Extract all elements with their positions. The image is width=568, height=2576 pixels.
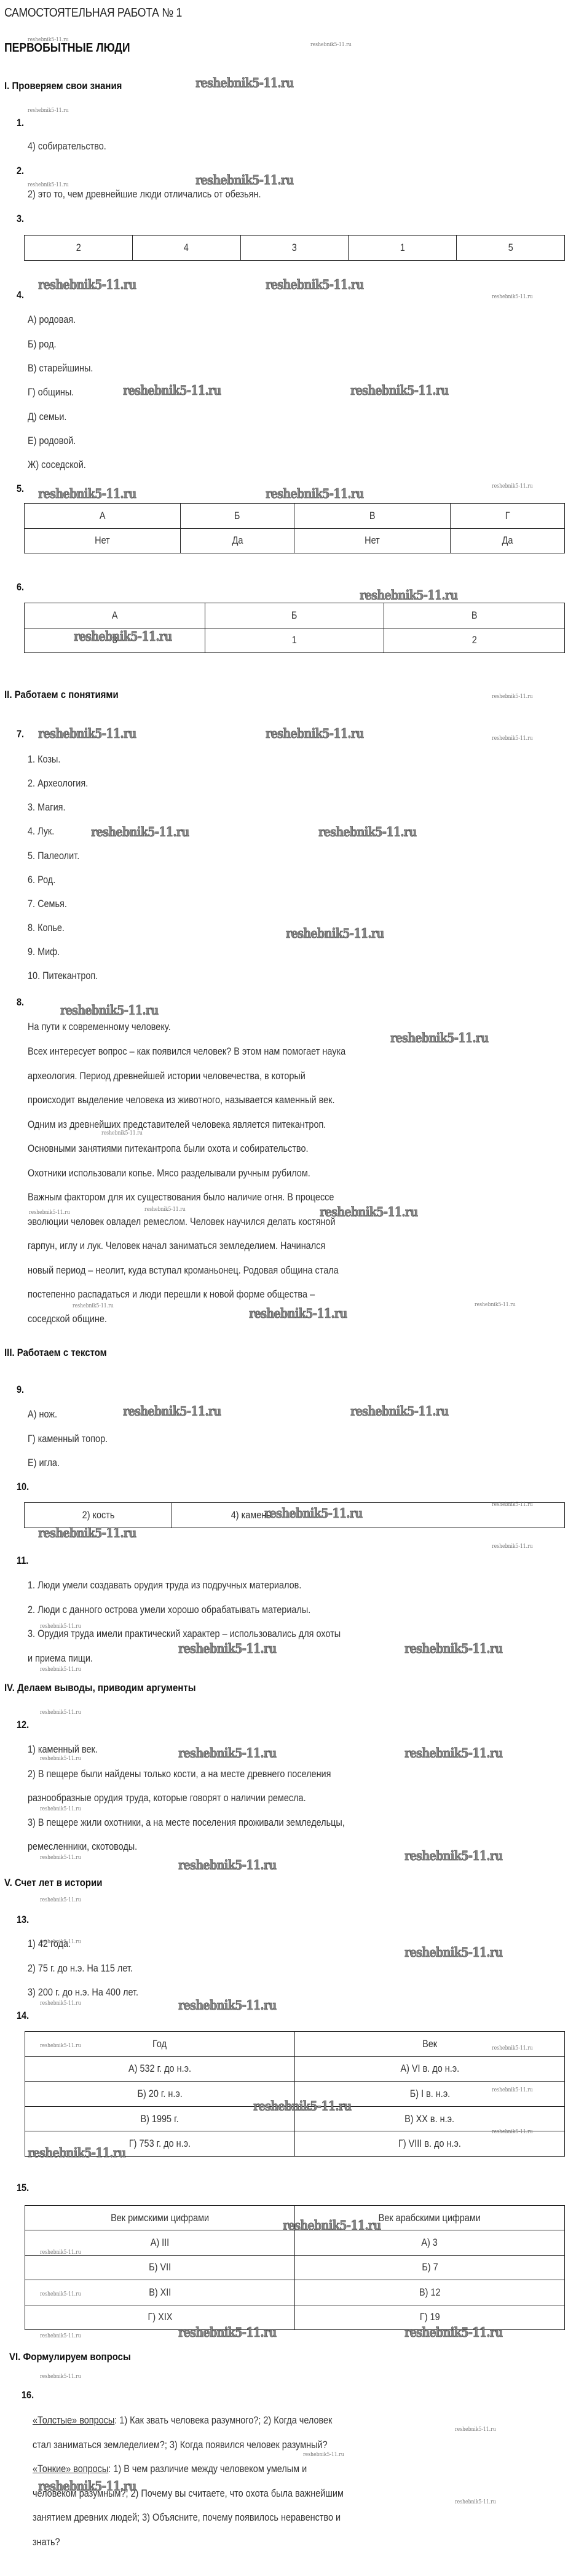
- watermark: reshebnik5-11.ru: [350, 1403, 448, 1419]
- watermark: reshebnik5-11.ru: [249, 1306, 347, 1321]
- watermark: reshebnik5-11.ru: [195, 75, 293, 90]
- q14-cell: А) 532 г. до н.э.: [25, 2056, 295, 2082]
- watermark: reshebnik5-11.ru: [350, 382, 448, 398]
- q7-item: 5. Палеолит.: [28, 850, 79, 862]
- q8-line: эволюции человек овладел ремеслом. Челов…: [28, 1216, 336, 1228]
- q3-cell: 2: [25, 236, 133, 261]
- thick-questions-label: «Толстые» вопросы: [33, 2414, 114, 2426]
- q15-cell: В) 12: [295, 2280, 565, 2305]
- q11-line: 1. Люди умели создавать орудия труда из …: [28, 1579, 301, 1591]
- q2-number: 2.: [17, 165, 24, 177]
- q3-table: 2 4 3 1 5: [24, 235, 565, 261]
- watermark: reshebnik5-11.ru: [492, 483, 533, 489]
- q5-header: А: [25, 504, 181, 529]
- watermark: reshebnik5-11.ru: [390, 1030, 488, 1045]
- watermark: reshebnik5-11.ru: [40, 1897, 81, 1903]
- q4-item: Ж) соседской.: [28, 459, 86, 471]
- q15-header: Век римскими цифрами: [25, 2206, 295, 2230]
- q8-line: Одним из древнейших представителей челов…: [28, 1119, 326, 1131]
- q11-number: 11.: [17, 1555, 28, 1567]
- q6-value: 2: [384, 628, 565, 653]
- q5-header: В: [294, 504, 451, 529]
- q7-item: 6. Род.: [28, 874, 55, 886]
- q4-item: Г) общины.: [28, 386, 74, 398]
- watermark: reshebnik5-11.ru: [74, 628, 172, 644]
- watermark: reshebnik5-11.ru: [404, 2324, 502, 2340]
- watermark: reshebnik5-11.ru: [40, 2043, 81, 2049]
- q3-cell: 5: [457, 236, 565, 261]
- q3-number: 3.: [17, 213, 24, 225]
- section-6-heading: VI. Формулируем вопросы: [9, 2351, 131, 2363]
- watermark: reshebnik5-11.ru: [404, 1641, 502, 1656]
- q5-value: Да: [451, 528, 565, 553]
- q4-item: А) родовая.: [28, 314, 76, 326]
- q9-number: 9.: [17, 1384, 24, 1396]
- watermark: reshebnik5-11.ru: [266, 486, 363, 501]
- q8-line: происходит выделение человека из животно…: [28, 1094, 334, 1106]
- watermark: reshebnik5-11.ru: [492, 2087, 533, 2093]
- watermark: reshebnik5-11.ru: [492, 1502, 533, 1508]
- watermark: reshebnik5-11.ru: [123, 382, 221, 398]
- watermark: reshebnik5-11.ru: [360, 587, 457, 603]
- q5-value: Нет: [25, 528, 181, 553]
- watermark: reshebnik5-11.ru: [404, 1848, 502, 1863]
- q16-thin-line: знать?: [33, 2536, 60, 2548]
- q12-number: 12.: [17, 1719, 29, 1731]
- q15-cell: А) 3: [295, 2230, 565, 2255]
- q7-item: 8. Копье.: [28, 922, 65, 934]
- section-1-heading: I. Проверяем свои знания: [4, 80, 122, 92]
- watermark: reshebnik5-11.ru: [38, 726, 136, 741]
- watermark: reshebnik5-11.ru: [28, 37, 69, 43]
- q14-header: Век: [295, 2032, 565, 2057]
- q6-table: А Б В 3 1 2: [24, 603, 565, 653]
- watermark: reshebnik5-11.ru: [38, 2478, 136, 2494]
- q12-line: 3) В пещере жили охотники, а на месте по…: [28, 1817, 345, 1829]
- q12-line: ремесленники, скотоводы.: [28, 1841, 137, 1853]
- watermark: reshebnik5-11.ru: [475, 1302, 516, 1308]
- watermark: reshebnik5-11.ru: [492, 1544, 533, 1550]
- watermark: reshebnik5-11.ru: [123, 1403, 221, 1419]
- watermark: reshebnik5-11.ru: [101, 1130, 143, 1136]
- q8-number: 8.: [17, 996, 24, 1009]
- q7-item: 9. Миф.: [28, 946, 60, 958]
- watermark: reshebnik5-11.ru: [266, 277, 363, 292]
- watermark: reshebnik5-11.ru: [178, 1857, 276, 1873]
- q8-line: археология. Период древнейшей истории че…: [28, 1070, 306, 1082]
- watermark: reshebnik5-11.ru: [40, 1806, 81, 1812]
- q4-item: В) старейшины.: [28, 362, 93, 375]
- q5-table: А Б В Г Нет Да Нет Да: [24, 503, 565, 553]
- q2-answer: 2) это то, чем древнейшие люди отличалис…: [28, 188, 261, 200]
- q13-line: 2) 75 г. до н.э. На 115 лет.: [28, 1962, 133, 1975]
- watermark: reshebnik5-11.ru: [60, 1002, 158, 1018]
- watermark: reshebnik5-11.ru: [492, 694, 533, 700]
- q7-item: 1. Козы.: [28, 753, 60, 766]
- q4-item: Б) род.: [28, 338, 57, 351]
- q8-line: новый период – неолит, куда вступал кром…: [28, 1264, 339, 1277]
- watermark: reshebnik5-11.ru: [320, 1204, 417, 1219]
- watermark: reshebnik5-11.ru: [38, 486, 136, 501]
- watermark: reshebnik5-11.ru: [40, 1666, 81, 1673]
- watermark: reshebnik5-11.ru: [178, 2324, 276, 2340]
- watermark: reshebnik5-11.ru: [40, 2000, 81, 2007]
- watermark: reshebnik5-11.ru: [492, 2129, 533, 2135]
- q8-line: гарпун, иглу и лук. Человек начал занима…: [28, 1240, 325, 1252]
- q14-table: Год Век А) 532 г. до н.э. А) VI в. до н.…: [25, 2031, 565, 2157]
- q10-number: 10.: [17, 1481, 29, 1493]
- q10-cell: 2) кость: [25, 1503, 172, 1528]
- q5-number: 5.: [17, 483, 24, 495]
- q8-line: На пути к современному человеку.: [28, 1021, 171, 1033]
- q8-line: постепенно распадаться и люди перешли к …: [28, 1288, 315, 1301]
- q3-cell: 3: [240, 236, 349, 261]
- watermark: reshebnik5-11.ru: [40, 1756, 81, 1762]
- watermark: reshebnik5-11.ru: [286, 925, 384, 941]
- section-5-heading: V. Счет лет в истории: [4, 1877, 102, 1889]
- q9-item: Е) игла.: [28, 1457, 60, 1469]
- q7-number: 7.: [17, 728, 24, 740]
- q13-line: 3) 200 г. до н.э. На 400 лет.: [28, 1986, 138, 1999]
- watermark: reshebnik5-11.ru: [40, 1710, 81, 1716]
- page-heading: ПЕРВОБЫТНЫЕ ЛЮДИ: [4, 41, 130, 55]
- q8-line: Основными занятиями питекантропа были ох…: [28, 1143, 309, 1155]
- q15-cell: Б) 7: [295, 2255, 565, 2280]
- q7-item: 10. Питекантроп.: [28, 970, 98, 982]
- watermark: reshebnik5-11.ru: [492, 294, 533, 300]
- watermark: reshebnik5-11.ru: [283, 2217, 381, 2233]
- q6-number: 6.: [17, 581, 24, 593]
- q16-thin-line: занятием древних людей; 3) Объясните, по…: [33, 2511, 341, 2524]
- q16-thick-line: «Толстые» вопросы: 1) Как звать человека…: [33, 2414, 332, 2427]
- q6-header: В: [384, 603, 565, 628]
- watermark: reshebnik5-11.ru: [264, 1505, 362, 1521]
- q8-line: Важным фактором для их существования был…: [28, 1191, 334, 1203]
- q14-cell: А) VI в. до н.э.: [295, 2056, 565, 2082]
- q12-line: разнообразные орудия труда, которые гово…: [28, 1792, 306, 1804]
- watermark: reshebnik5-11.ru: [28, 2145, 125, 2160]
- watermark: reshebnik5-11.ru: [178, 1745, 276, 1761]
- watermark: reshebnik5-11.ru: [318, 824, 416, 839]
- q7-item: 2. Археология.: [28, 777, 88, 790]
- q11-line: и приема пищи.: [28, 1652, 93, 1665]
- watermark: reshebnik5-11.ru: [73, 1303, 114, 1309]
- watermark: reshebnik5-11.ru: [178, 1997, 276, 2013]
- q12-line: 1) каменный век.: [28, 1743, 98, 1756]
- q15-cell: Б) VII: [25, 2255, 295, 2280]
- watermark: reshebnik5-11.ru: [492, 735, 533, 742]
- q5-value: Да: [180, 528, 294, 553]
- watermark: reshebnik5-11.ru: [40, 1939, 81, 1945]
- watermark: reshebnik5-11.ru: [38, 277, 136, 292]
- watermark: reshebnik5-11.ru: [28, 182, 69, 188]
- watermark: reshebnik5-11.ru: [492, 2045, 533, 2051]
- q4-number: 4.: [17, 289, 24, 301]
- section-4-heading: IV. Делаем выводы, приводим аргументы: [4, 1682, 195, 1694]
- watermark: reshebnik5-11.ru: [404, 1944, 502, 1960]
- watermark: reshebnik5-11.ru: [29, 1210, 70, 1216]
- q11-line: 2. Люди с данного острова умели хорошо о…: [28, 1604, 310, 1616]
- document-title: САМОСТОЯТЕЛЬНАЯ РАБОТА № 1: [4, 6, 182, 20]
- q16-number: 16.: [22, 2389, 34, 2401]
- thin-questions-label: «Тонкие» вопросы: [33, 2463, 108, 2475]
- watermark: reshebnik5-11.ru: [40, 2333, 81, 2339]
- watermark: reshebnik5-11.ru: [253, 2098, 351, 2114]
- q12-line: 2) В пещере были найдены только кости, а…: [28, 1768, 331, 1780]
- watermark: reshebnik5-11.ru: [40, 2374, 81, 2380]
- watermark: reshebnik5-11.ru: [40, 1623, 81, 1630]
- q8-line: Охотники использовали копье. Мясо раздел…: [28, 1167, 310, 1179]
- q8-line: Всех интересует вопрос – как появился че…: [28, 1045, 345, 1058]
- q14-number: 14.: [17, 2010, 29, 2022]
- watermark: reshebnik5-11.ru: [40, 2291, 81, 2297]
- watermark: reshebnik5-11.ru: [40, 2249, 81, 2256]
- q9-item: Г) каменный топор.: [28, 1433, 108, 1445]
- q7-item: 3. Магия.: [28, 801, 65, 814]
- watermark: reshebnik5-11.ru: [38, 1525, 136, 1540]
- watermark: reshebnik5-11.ru: [40, 1855, 81, 1861]
- q9-item: А) нож.: [28, 1408, 57, 1421]
- q7-item: 4. Лук.: [28, 825, 54, 838]
- q5-header: Г: [451, 504, 565, 529]
- watermark: reshebnik5-11.ru: [178, 1641, 276, 1656]
- q4-item: Д) семьи.: [28, 411, 66, 423]
- watermark: reshebnik5-11.ru: [303, 2452, 344, 2458]
- q7-item: 7. Семья.: [28, 898, 67, 910]
- q15-number: 15.: [17, 2182, 29, 2194]
- q1-answer: 4) собирательство.: [28, 140, 106, 153]
- q5-header: Б: [180, 504, 294, 529]
- q6-header: А: [25, 603, 205, 628]
- watermark: reshebnik5-11.ru: [455, 2499, 496, 2505]
- watermark: reshebnik5-11.ru: [28, 108, 69, 114]
- watermark: reshebnik5-11.ru: [266, 726, 363, 741]
- watermark: reshebnik5-11.ru: [404, 1745, 502, 1761]
- q16-thick-line: стал заниматься земледелием?; 3) Когда п…: [33, 2439, 328, 2451]
- q11-line: 3. Орудия труда имели практический харак…: [28, 1628, 341, 1640]
- q4-item: Е) родовой.: [28, 435, 76, 447]
- q1-number: 1.: [17, 117, 24, 129]
- watermark: reshebnik5-11.ru: [310, 42, 352, 48]
- q3-cell: 4: [132, 236, 240, 261]
- q13-number: 13.: [17, 1914, 29, 1926]
- q3-cell: 1: [349, 236, 457, 261]
- watermark: reshebnik5-11.ru: [195, 172, 293, 188]
- watermark: reshebnik5-11.ru: [91, 824, 189, 839]
- section-3-heading: III. Работаем с текстом: [4, 1347, 107, 1359]
- watermark: reshebnik5-11.ru: [144, 1207, 186, 1213]
- watermark: reshebnik5-11.ru: [455, 2427, 496, 2433]
- q5-value: Нет: [294, 528, 451, 553]
- q6-header: Б: [205, 603, 384, 628]
- section-2-heading: II. Работаем с понятиями: [4, 689, 119, 701]
- q6-value: 1: [205, 628, 384, 653]
- q8-line: соседской общине.: [28, 1313, 107, 1325]
- q16-thin-line: «Тонкие» вопросы: 1) В чем различие межд…: [33, 2463, 307, 2475]
